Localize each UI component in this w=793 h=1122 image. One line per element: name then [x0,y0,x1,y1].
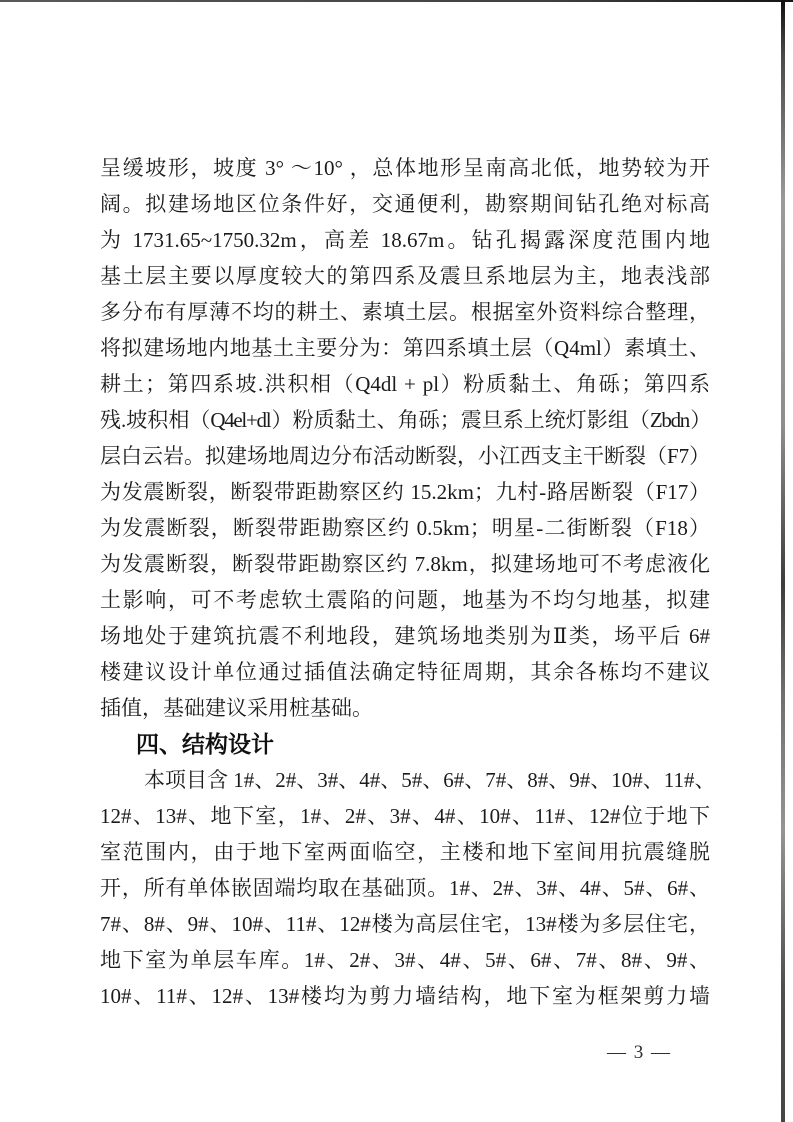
scan-edge-right [781,0,785,1122]
text-line: 场地处于建筑抗震不利地段，建筑场地类别为Ⅱ类，场平后 6# [100,618,710,654]
text-line: 阔。拟建场地区位条件好，交通便利，勘察期间钻孔绝对标高 [100,186,710,222]
text-line: 耕土；第四系坡.洪积相（Q4dl + pl）粉质黏土、角砾；第四系 [100,366,710,402]
text-line: 室范围内，由于地下室两面临空，主楼和地下室间用抗震缝脱 [100,834,710,870]
text-line: 开，所有单体嵌固端均取在基础顶。1#、2#、3#、4#、5#、6#、 [100,870,710,906]
text-line: 残.坡积相（Q4el+dl）粉质黏土、角砾；震旦系上统灯影组（Zbdn） [100,402,710,438]
text-line: 为发震断裂，断裂带距勘察区约 15.2km；九村-路居断裂（F17） [100,474,710,510]
text-line: 为 1731.65~1750.32m，高差 18.67m。钻孔揭露深度范围内地 [100,222,710,258]
text-line: 为发震断裂，断裂带距勘察区约 0.5km；明星-二街断裂（F18） [100,510,710,546]
text-line: 7#、8#、9#、10#、11#、12#楼为高层住宅，13#楼为多层住宅， [100,906,710,942]
scan-edge-top [0,0,793,2]
text-line: 10#、11#、12#、13#楼均为剪力墙结构，地下室为框架剪力墙 [100,978,710,1014]
text-line: 将拟建场地内地基土主要分为：第四系填土层（Q4ml）素填土、 [100,330,710,366]
text-line: 呈缓坡形，坡度 3° ～10° ，总体地形呈南高北低，地势较为开 [100,150,710,186]
text-line: 多分布有厚薄不均的耕土、素填土层。根据室外资料综合整理， [100,294,710,330]
document-page: 呈缓坡形，坡度 3° ～10° ，总体地形呈南高北低，地势较为开 阔。拟建场地区… [0,0,793,1122]
text-line: 楼建议设计单位通过插值法确定特征周期，其余各栋均不建议 [100,654,710,690]
text-line: 土影响，可不考虑软土震陷的问题，地基为不均匀地基，拟建 [100,582,710,618]
page-number: — 3 — [607,1042,672,1064]
text-line: 插值，基础建议采用桩基础。 [100,690,710,726]
text-line: 地下室为单层车库。1#、2#、3#、4#、5#、6#、7#、8#、9#、 [100,942,710,978]
section-heading: 四、结构设计 [100,726,710,762]
text-line: 12#、13#、地下室，1#、2#、3#、4#、10#、11#、12#位于地下 [100,798,710,834]
text-line: 层白云岩。拟建场地周边分布活动断裂，小江西支主干断裂（F7） [100,438,710,474]
text-line: 本项目含 1#、2#、3#、4#、5#、6#、7#、8#、9#、10#、11#、 [100,762,710,798]
document-body: 呈缓坡形，坡度 3° ～10° ，总体地形呈南高北低，地势较为开 阔。拟建场地区… [100,150,710,1014]
text-line: 基土层主要以厚度较大的第四系及震旦系地层为主，地表浅部 [100,258,710,294]
text-line: 为发震断裂，断裂带距勘察区约 7.8km，拟建场地可不考虑液化 [100,546,710,582]
